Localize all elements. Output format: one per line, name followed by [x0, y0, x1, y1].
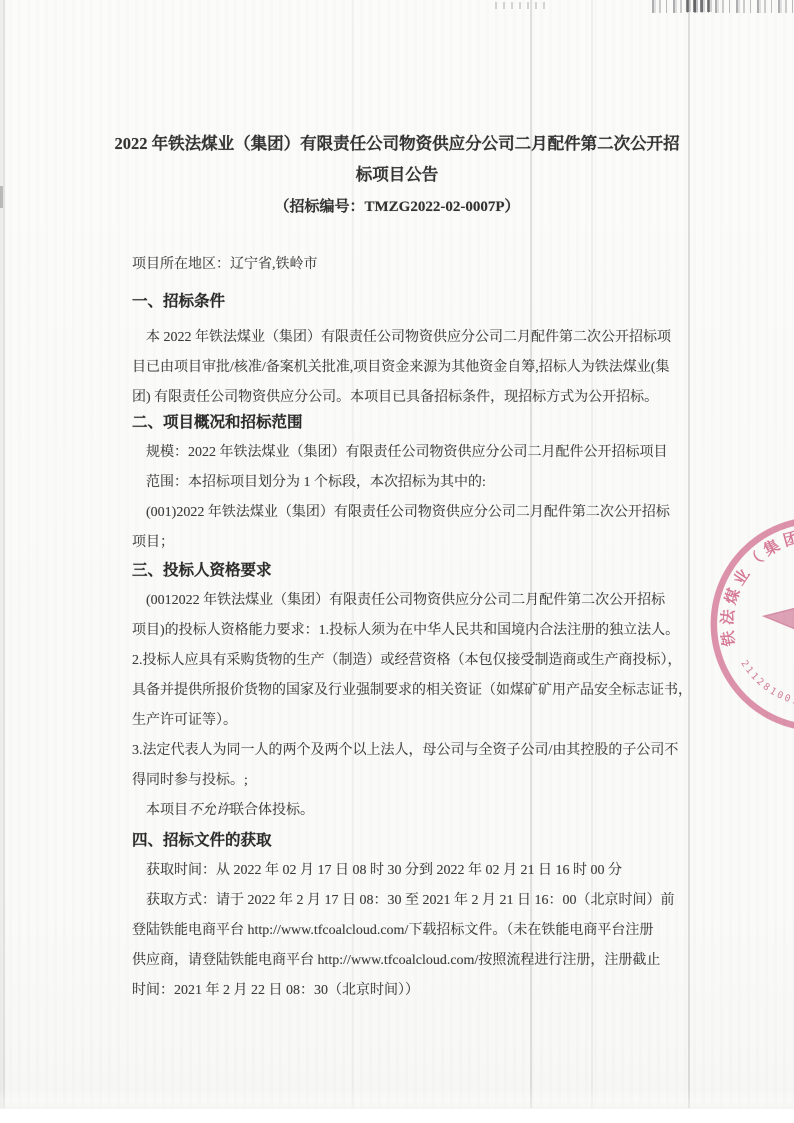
joint-bid-emphasis: 不允许 — [188, 803, 230, 818]
document-title-line: 2022 年铁法煤业（集团）有限责任公司物资供应分公司二月配件第二次公开招 — [0, 128, 794, 159]
text-line: 获取方式：请于 2022 年 2 月 17 日 08：30 至 2021 年 2… — [132, 886, 692, 916]
text-line: 目已由项目审批/核准/备案机关批准,项目资金来源为其他资金自筹,招标人为铁法煤业… — [132, 353, 692, 383]
document-header: 2022 年铁法煤业（集团）有限责任公司物资供应分公司二月配件第二次公开招 标项… — [0, 128, 794, 222]
section-heading: 二、项目概况和招标范围 — [132, 408, 692, 438]
scanner-noise-dashes — [495, 2, 547, 9]
text-line: (0012022 年铁法煤业（集团）有限责任公司物资供应分公司二月配件第二次公开… — [132, 586, 692, 616]
document-page: 2022 年铁法煤业（集团）有限责任公司物资供应分公司二月配件第二次公开招 标项… — [0, 0, 794, 1123]
text-line: 本 2022 年铁法煤业（集团）有限责任公司物资供应分公司二月配件第二次公开招标… — [132, 323, 692, 353]
text-line: 3.法定代表人为同一人的两个及两个以上法人，母公司与全资子公司/由其控股的子公司… — [132, 736, 692, 766]
text-line: 2.投标人应具有采购货物的生产（制造）或经营资格（本包仅接受制造商或生产商投标）… — [132, 646, 692, 676]
joint-bid-post: 联合体投标。 — [230, 803, 314, 818]
text-line: 生产许可证等）。 — [132, 706, 692, 736]
location-block: 项目所在地区：辽宁省,铁岭市 — [132, 250, 692, 280]
section-heading: 一、招标条件 — [132, 287, 692, 317]
text-line: 规模：2022 年铁法煤业（集团）有限责任公司物资供应分公司二月配件公开招标项目 — [132, 438, 692, 468]
text-line: 时间：2021 年 2 月 22 日 08：30（北京时间）） — [132, 976, 692, 1006]
text-line: 供应商，请登陆铁能电商平台 http://www.tfcoalcloud.com… — [132, 946, 692, 976]
page-bottom-strip — [0, 1108, 794, 1123]
section-bidding-conditions: 一、招标条件 本 2022 年铁法煤业（集团）有限责任公司物资供应分公司二月配件… — [132, 287, 692, 413]
section-bidder-qualifications: 三、投标人资格要求 (0012022 年铁法煤业（集团）有限责任公司物资供应分公… — [132, 556, 692, 826]
text-line: 项目)的投标人资格能力要求：1.投标人须为在中华人民共和国境内合法注册的独立法人… — [132, 616, 692, 646]
text-line: (001)2022 年铁法煤业（集团）有限责任公司物资供应分公司二月配件第二次公… — [132, 498, 692, 528]
joint-bid-pre: 本项目 — [146, 803, 188, 818]
section-project-overview: 二、项目概况和招标范围 规模：2022 年铁法煤业（集团）有限责任公司物资供应分… — [132, 408, 692, 558]
section-heading: 三、投标人资格要求 — [132, 556, 692, 586]
section-document-acquisition: 四、招标文件的获取 获取时间：从 2022 年 02 月 17 日 08 时 3… — [132, 826, 692, 1006]
text-line: 项目； — [132, 528, 692, 558]
scanner-noise-band — [652, 0, 794, 13]
joint-bid-line: 本项目不允许联合体投标。 — [132, 796, 692, 826]
text-line: 获取时间：从 2022 年 02 月 17 日 08 时 30 分到 2022 … — [132, 856, 692, 886]
tender-number: （招标编号：TMZG2022-02-0007P） — [0, 192, 794, 222]
section-heading: 四、招标文件的获取 — [132, 826, 692, 856]
text-line: 登陆铁能电商平台 http://www.tfcoalcloud.com/下载招标… — [132, 916, 692, 946]
company-seal-stamp: 铁法煤业（集团）有限责任公司 211281001001 — [640, 490, 794, 770]
location-line: 项目所在地区：辽宁省,铁岭市 — [132, 250, 692, 280]
text-line: 得同时参与投标。; — [132, 766, 692, 796]
page-bottom-fade — [0, 1086, 794, 1108]
document-title-line: 标项目公告 — [0, 159, 794, 190]
star-icon — [761, 567, 794, 672]
text-line: 具备并提供所报价货物的国家及行业强制要求的相关资证（如煤矿矿用产品安全标志证书， — [132, 676, 692, 706]
text-line: 范围：本招标项目划分为 1 个标段，本次招标为其中的: — [132, 468, 692, 498]
scanner-noise-blotch — [686, 0, 714, 12]
